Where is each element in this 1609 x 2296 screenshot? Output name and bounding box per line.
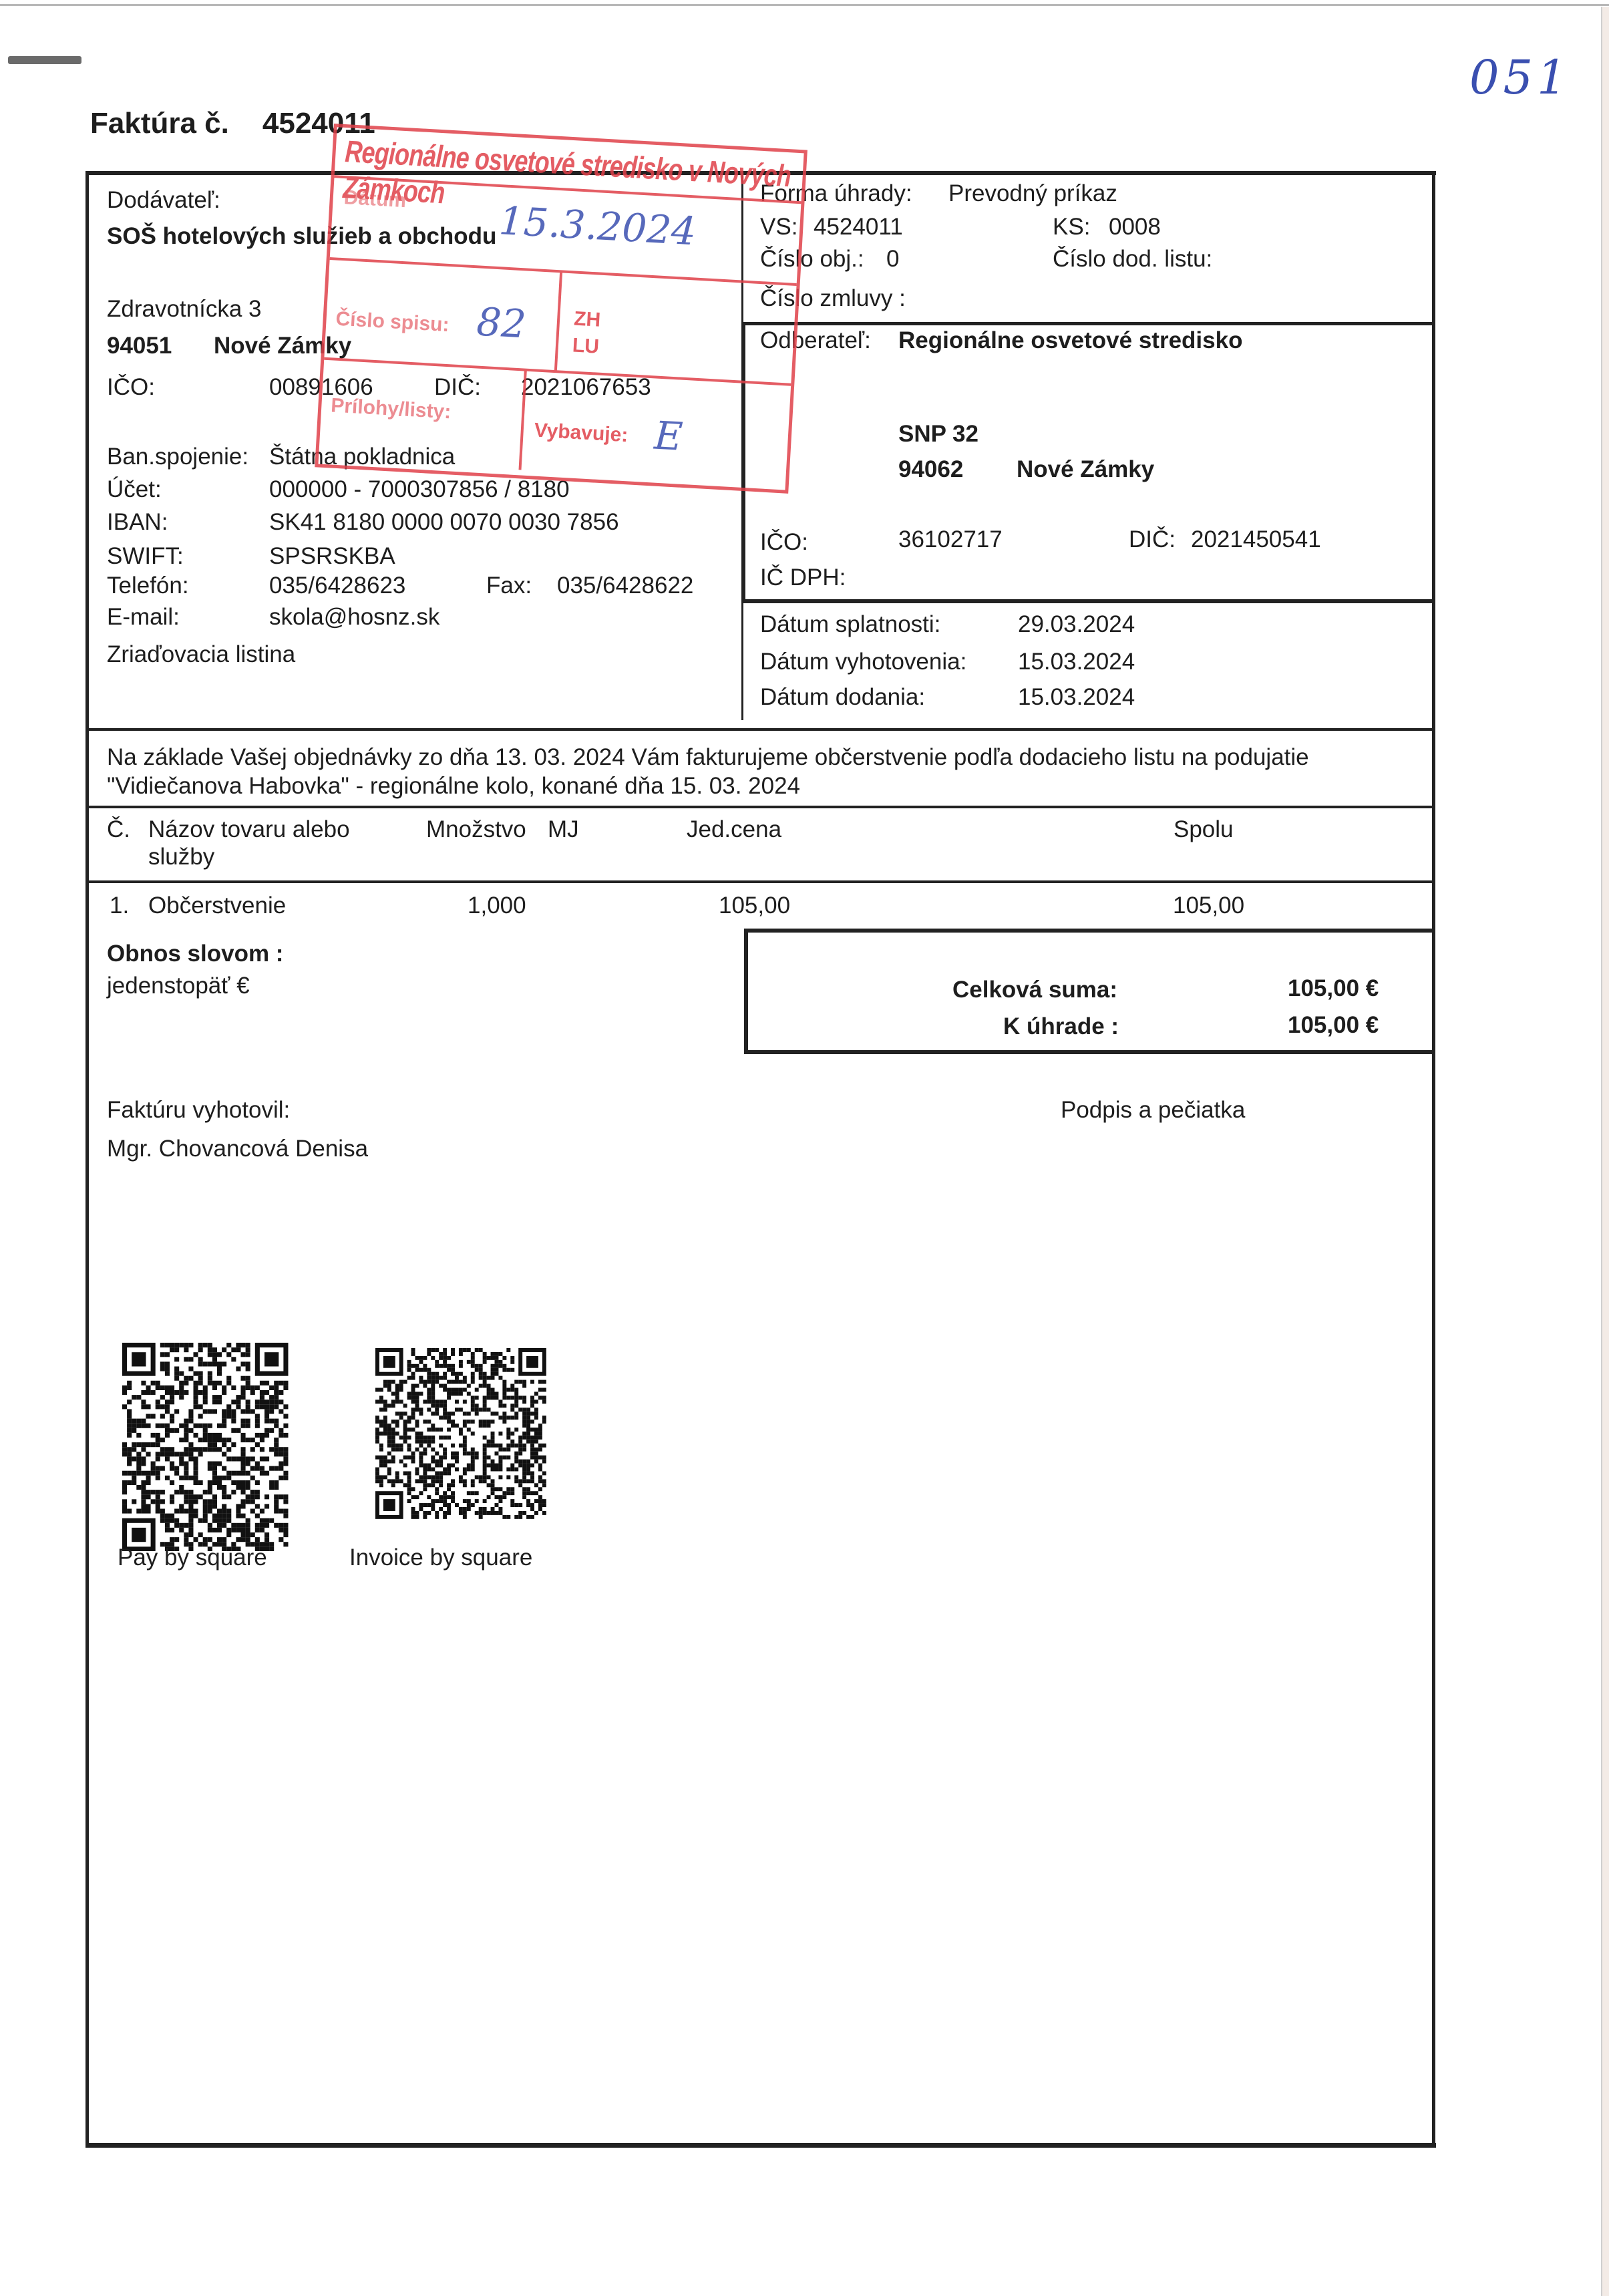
supplier-label: Dodávateľ: xyxy=(107,187,220,214)
description-bottom xyxy=(85,806,1435,808)
iban-value: SK41 8180 0000 0070 0030 7856 xyxy=(269,509,619,536)
col-header-qty: Množstvo xyxy=(426,816,526,843)
row-no: 1. xyxy=(110,892,129,919)
invoice-title: Faktúra č.4524011 xyxy=(90,107,375,140)
pay-by-square-label: Pay by square xyxy=(118,1544,267,1571)
table-header-bottom xyxy=(85,880,1435,883)
due-date: 29.03.2024 xyxy=(1018,611,1135,638)
stamp-zh-label: ZH xyxy=(573,308,601,332)
fax-label: Fax: xyxy=(486,572,532,599)
stamp-line-2 xyxy=(330,257,797,286)
stamp-date-label: Dátum xyxy=(343,186,407,212)
payment-method: Prevodný príkaz xyxy=(948,180,1117,207)
handwritten-reference: 051 xyxy=(1469,50,1571,105)
stamp-handled-by-value: E xyxy=(653,413,684,460)
buyer-ico: 36102717 xyxy=(898,526,1003,553)
fax-value: 035/6428622 xyxy=(557,572,693,599)
order-no: 0 xyxy=(886,246,899,273)
row-unit-price: 105,00 xyxy=(719,892,790,919)
stamp-handled-by-label: Vybavuje: xyxy=(534,419,629,447)
description-line-2: "Vidiečanova Habovka" - regionálne kolo,… xyxy=(107,773,800,800)
totals-box-left xyxy=(744,929,748,1054)
buyer-dic-label: DIČ: xyxy=(1129,526,1176,553)
header-section-bottom xyxy=(85,728,1435,731)
payment-box-bottom xyxy=(741,322,1435,325)
issue-date: 15.03.2024 xyxy=(1018,649,1135,675)
scan-edge-top xyxy=(0,4,1609,6)
stamp-vline-1 xyxy=(554,271,562,371)
total-value: 105,00 € xyxy=(1288,975,1379,1002)
supplier-street: Zdravotnícka 3 xyxy=(107,296,262,323)
delivery-date-label: Dátum dodania: xyxy=(760,684,925,711)
bank-label: Ban.spojenie: xyxy=(107,444,248,470)
registry-stamp: Regionálne osvetové stredisko v Nových Z… xyxy=(315,124,808,494)
stamp-line-3 xyxy=(324,357,791,386)
col-header-total: Spolu xyxy=(1174,816,1234,843)
totals-box-top xyxy=(744,929,1435,933)
buyer-dic: 2021450541 xyxy=(1191,526,1321,553)
issued-by-name: Mgr. Chovancová Denisa xyxy=(107,1136,368,1162)
frame-bottom xyxy=(85,2143,1436,2148)
buyer-icdph-label: IČ DPH: xyxy=(760,564,846,591)
amount-in-words-label: Obnos slovom : xyxy=(107,941,283,967)
ks-label: KS: xyxy=(1053,214,1090,240)
row-qty: 1,000 xyxy=(468,892,526,919)
invoice-by-square-label: Invoice by square xyxy=(349,1544,532,1571)
supplier-ico-label: IČO: xyxy=(107,374,155,401)
buyer-city: Nové Zámky xyxy=(1017,456,1154,483)
email-value: skola@hosnz.sk xyxy=(269,604,439,631)
col-header-unit-price: Jed.cena xyxy=(687,816,781,843)
totals-box-bottom xyxy=(744,1050,1435,1054)
swift-label: SWIFT: xyxy=(107,543,184,570)
col-header-name: Názov tovaru alebo xyxy=(148,816,350,843)
issued-by-label: Faktúru vyhotovil: xyxy=(107,1097,290,1124)
col-header-no: Č. xyxy=(107,816,130,843)
delivery-note-label: Číslo dod. listu: xyxy=(1053,246,1212,273)
stamp-file-no-label: Číslo spisu: xyxy=(335,308,450,337)
frame-right xyxy=(1432,171,1435,2147)
stamp-file-no-value: 82 xyxy=(476,299,527,347)
row-total: 105,00 xyxy=(1173,892,1244,919)
buyer-box-bottom xyxy=(741,599,1435,603)
buyer-street: SNP 32 xyxy=(898,421,978,448)
buyer-ico-label: IČO: xyxy=(760,529,808,556)
invoice-by-square-qr-icon xyxy=(375,1348,546,1519)
ks-value: 0008 xyxy=(1109,214,1161,240)
amount-in-words: jedenstopäť € xyxy=(107,973,250,999)
account-label: Účet: xyxy=(107,476,162,503)
due-date-label: Dátum splatnosti: xyxy=(760,611,940,638)
frame-left xyxy=(85,171,89,2147)
total-label: Celková suma: xyxy=(952,977,1117,1003)
delivery-date: 15.03.2024 xyxy=(1018,684,1135,711)
stamp-lu-label: LU xyxy=(572,334,600,358)
registration-note: Zriaďovacia listina xyxy=(107,641,295,668)
swift-value: SPSRSKBA xyxy=(269,543,395,570)
staple-mark xyxy=(8,56,81,64)
amount-due-label: K úhrade : xyxy=(1003,1013,1119,1040)
buyer-name: Regionálne osvetové stredisko xyxy=(898,327,1242,354)
email-label: E-mail: xyxy=(107,604,180,631)
col-header-name-2: služby xyxy=(148,844,214,870)
signature-label: Podpis a pečiatka xyxy=(1061,1097,1245,1124)
phone-value: 035/6428623 xyxy=(269,572,405,599)
vs-value: 4524011 xyxy=(814,214,903,240)
col-header-unit: MJ xyxy=(548,816,579,843)
supplier-zip: 94051 xyxy=(107,333,172,359)
pay-by-square-qr-icon xyxy=(122,1343,289,1551)
buyer-zip: 94062 xyxy=(898,456,963,483)
description-line-1: Na základe Vašej objednávky zo dňa 13. 0… xyxy=(107,744,1309,771)
stamp-attachments-label: Prílohy/listy: xyxy=(330,394,452,424)
iban-label: IBAN: xyxy=(107,509,168,536)
account-value: 000000 - 7000307856 / 8180 xyxy=(269,476,570,503)
row-name: Občerstvenie xyxy=(148,892,286,919)
scan-edge-right xyxy=(1601,7,1609,2296)
phone-label: Telefón: xyxy=(107,572,189,599)
invoice-title-label: Faktúra č. xyxy=(90,107,229,140)
issue-date-label: Dátum vyhotovenia: xyxy=(760,649,966,675)
stamp-vline-2 xyxy=(519,369,527,470)
amount-due-value: 105,00 € xyxy=(1288,1012,1379,1039)
